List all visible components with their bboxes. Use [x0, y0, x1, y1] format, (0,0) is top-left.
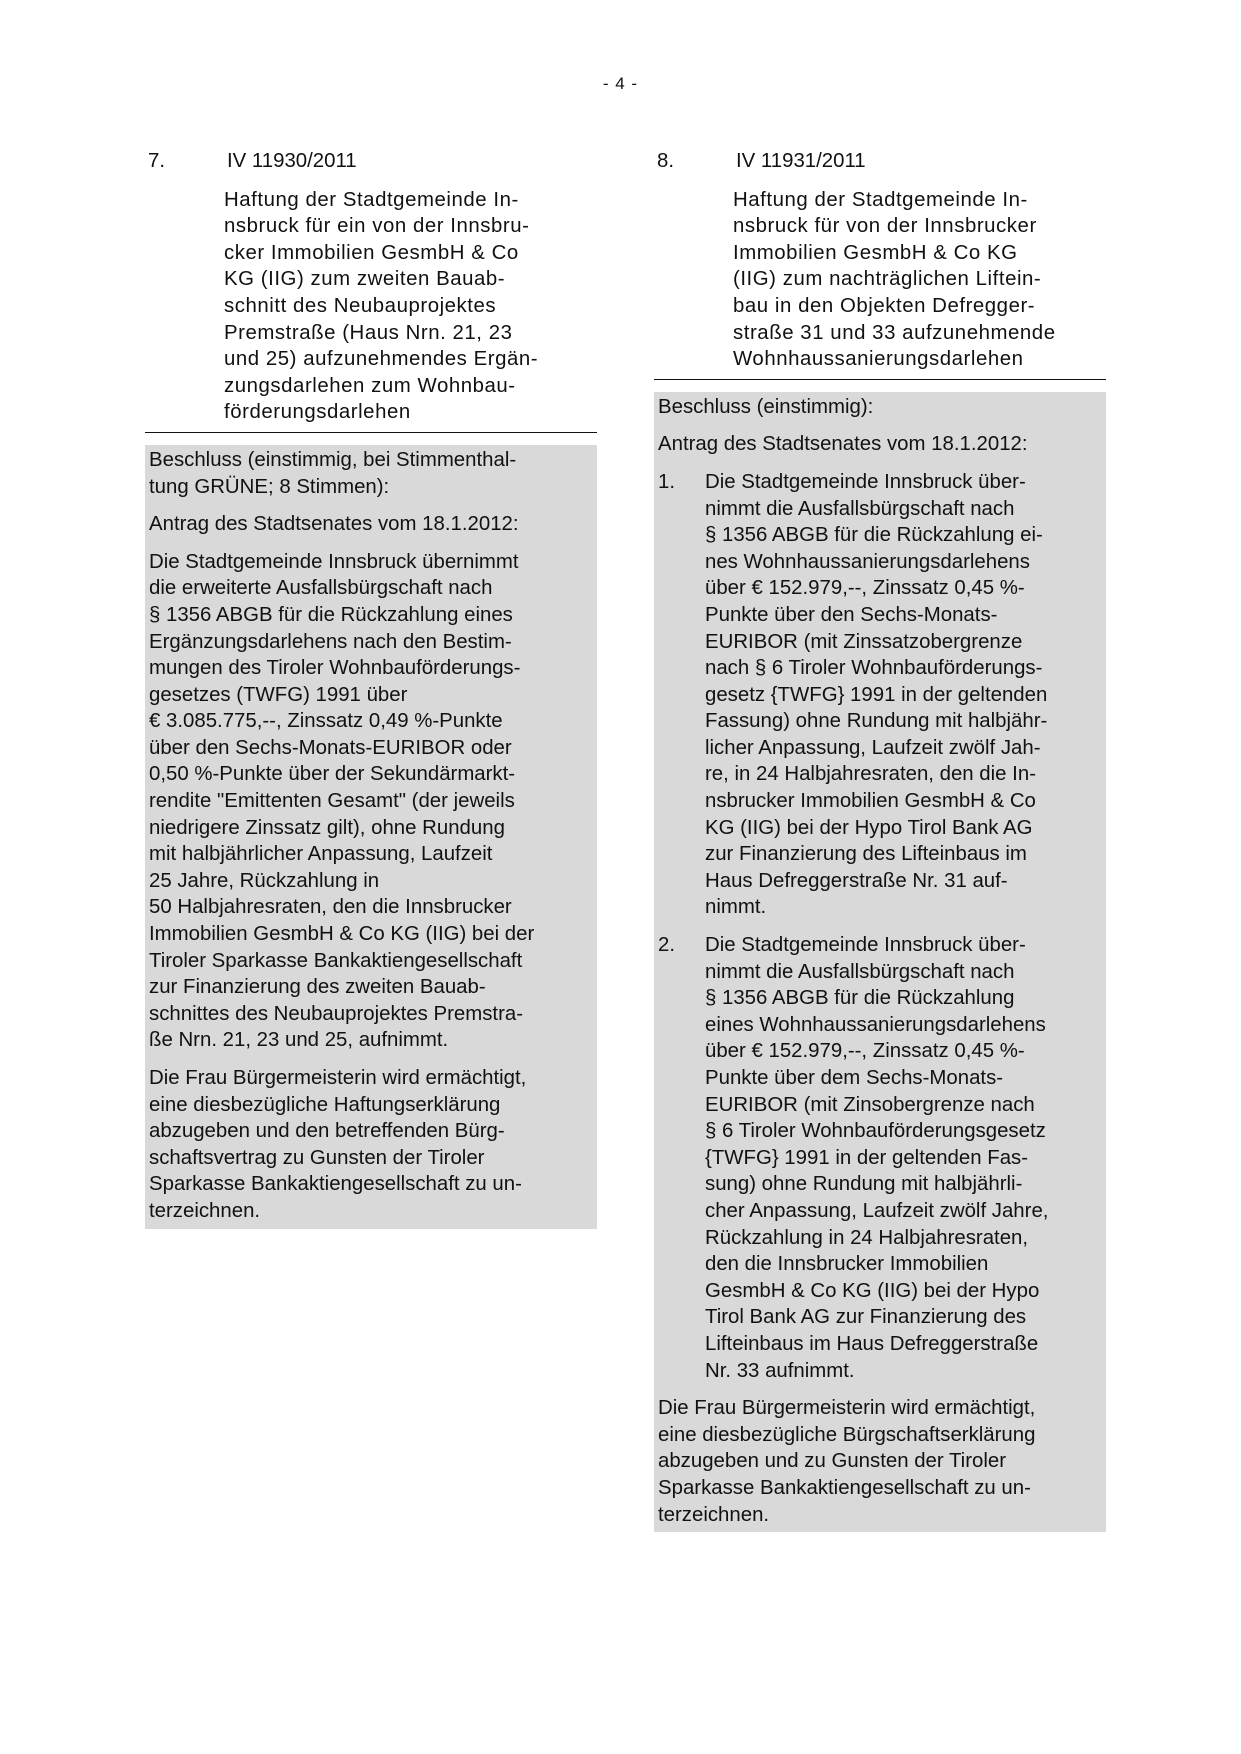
decision-heading: Beschluss (einstimmig, bei Stimmenthal- … [149, 447, 593, 500]
item-reference: IV 11930/2011 [227, 148, 597, 175]
decision-heading: Beschluss (einstimmig): [658, 394, 1102, 421]
authorization-paragraph: Die Frau Bürgermeisterin wird ermächtigt… [149, 1065, 593, 1225]
numbered-point-2: 2. Die Stadtgemeinde Innsbruck über- nim… [658, 932, 1102, 1384]
item-title: Haftung der Stadtgemeinde In- nsbruck fü… [733, 187, 1106, 377]
divider [654, 379, 1106, 380]
decision-body: Die Stadtgemeinde Innsbruck übernimmt di… [149, 549, 593, 1054]
authorization-paragraph: Die Frau Bürgermeisterin wird ermächtigt… [658, 1395, 1102, 1528]
divider [145, 432, 597, 433]
decision-box: Beschluss (einstimmig, bei Stimmenthal- … [145, 445, 597, 1229]
numbered-point-1: 1. Die Stadtgemeinde Innsbruck über- nim… [658, 469, 1102, 921]
point-text: Die Stadtgemeinde Innsbruck über- nimmt … [705, 932, 1102, 1384]
motion-line: Antrag des Stadtsenates vom 18.1.2012: [658, 431, 1102, 458]
item-reference: IV 11931/2011 [736, 148, 1106, 175]
motion-line: Antrag des Stadtsenates vom 18.1.2012: [149, 511, 593, 538]
agenda-item-7: 7. IV 11930/2011 Haftung der Stadtgemein… [145, 148, 597, 1229]
item-header: 8. IV 11931/2011 [654, 148, 1106, 175]
point-number: 1. [658, 469, 705, 921]
item-title: Haftung der Stadtgemeinde In- nsbruck fü… [224, 187, 597, 430]
item-header: 7. IV 11930/2011 [145, 148, 597, 175]
agenda-item-8: 8. IV 11931/2011 Haftung der Stadtgemein… [654, 148, 1106, 1532]
decision-box: Beschluss (einstimmig): Antrag des Stadt… [654, 392, 1106, 1532]
point-text: Die Stadtgemeinde Innsbruck über- nimmt … [705, 469, 1102, 921]
item-number: 7. [145, 148, 227, 175]
page-number: - 4 - [0, 74, 1241, 94]
item-number: 8. [654, 148, 736, 175]
point-number: 2. [658, 932, 705, 1384]
